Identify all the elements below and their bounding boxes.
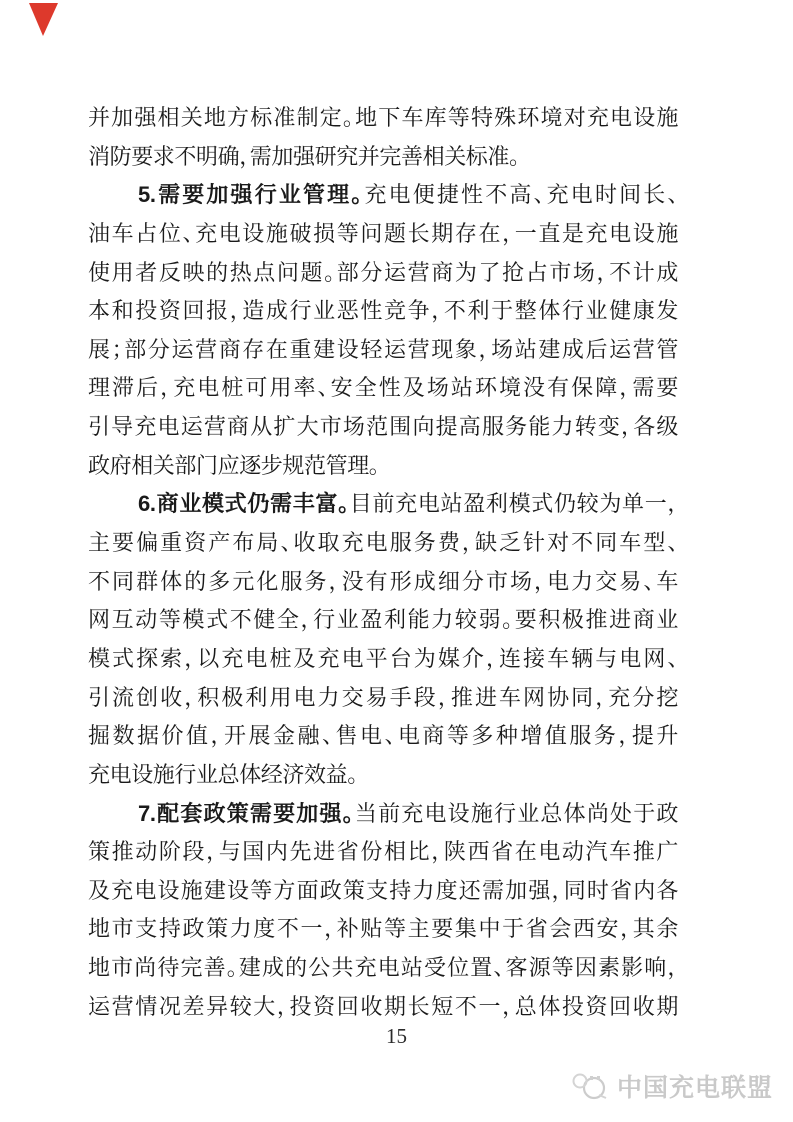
body-text: 并加强相关地方标准制定。地下车库等特殊环境对充电设施消防要求不明确，需加强研究并… — [88, 99, 678, 1026]
text-line: 网互动等模式不健全，行业盈利能力较弱。要积极推进商业 — [88, 601, 678, 640]
section-heading: 5.需要加强行业管理。 — [138, 182, 364, 207]
text-line: 6.商业模式仍需丰富。目前充电站盈利模式仍较为单一， — [88, 485, 678, 524]
text-line: 及充电设施建设等方面政策支持力度还需加强，同时省内各 — [88, 872, 678, 911]
brand-watermark: 中国充电联盟 — [569, 1068, 773, 1104]
text-line: 掘数据价值，开展金融、售电、电商等多种增值服务，提升 — [88, 717, 678, 756]
text-line: 策推动阶段，与国内先进省份相比，陕西省在电动汽车推广 — [88, 833, 678, 872]
page-number: 15 — [0, 1024, 793, 1049]
text-line: 主要偏重资产布局、收取充电服务费，缺乏针对不同车型、 — [88, 524, 678, 563]
charging-alliance-logo-icon — [569, 1071, 609, 1101]
text-line: 5.需要加强行业管理。充电便捷性不高、充电时间长、 — [88, 176, 678, 215]
text-line: 不同群体的多元化服务，没有形成细分市场，电力交易、车 — [88, 563, 678, 602]
text-line: 本和投资回报，造成行业恶性竞争，不利于整体行业健康发 — [88, 292, 678, 331]
text-line: 引流创收，积极利用电力交易手段，推进车网协同，充分挖 — [88, 679, 678, 718]
text-line: 地市支持政策力度不一，补贴等主要集中于省会西安，其余 — [88, 910, 678, 949]
brand-name: 中国充电联盟 — [617, 1068, 773, 1104]
section-heading: 6.商业模式仍需丰富。 — [138, 491, 350, 516]
text-line: 消防要求不明确，需加强研究并完善相关标准。 — [88, 138, 678, 177]
text-line: 7.配套政策需要加强。当前充电设施行业总体尚处于政 — [88, 795, 678, 834]
text-line: 政府相关部门应逐步规范管理。 — [88, 447, 678, 486]
section-heading: 7.配套政策需要加强。 — [138, 801, 355, 826]
text-line: 使用者反映的热点问题。部分运营商为了抢占市场，不计成 — [88, 254, 678, 293]
text-line: 模式探索，以充电桩及充电平台为媒介，连接车辆与电网、 — [88, 640, 678, 679]
document-page: 并加强相关地方标准制定。地下车库等特殊环境对充电设施消防要求不明确，需加强研究并… — [0, 0, 793, 1122]
text-line: 引导充电运营商从扩大市场范围向提高服务能力转变，各级 — [88, 408, 678, 447]
text-line: 并加强相关地方标准制定。地下车库等特殊环境对充电设施 — [88, 99, 678, 138]
corner-ribbon-icon — [28, 2, 60, 38]
text-line: 油车占位、充电设施破损等问题长期存在，一直是充电设施 — [88, 215, 678, 254]
text-line: 运营情况差异较大，投资回收期长短不一，总体投资回收期 — [88, 988, 678, 1027]
text-line: 地市尚待完善。建成的公共充电站受位置、客源等因素影响， — [88, 949, 678, 988]
text-line: 充电设施行业总体经济效益。 — [88, 756, 678, 795]
text-line: 理滞后，充电桩可用率、安全性及场站环境没有保障，需要 — [88, 369, 678, 408]
text-line: 展；部分运营商存在重建设轻运营现象，场站建成后运营管 — [88, 331, 678, 370]
